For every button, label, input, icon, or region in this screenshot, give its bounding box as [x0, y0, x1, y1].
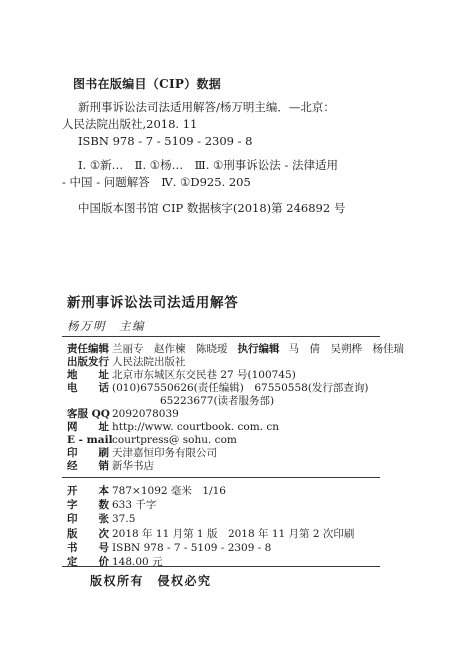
- editor-names: 兰丽专 赵作楝 陈晓瑷: [112, 343, 228, 355]
- divider-middle: [62, 477, 380, 478]
- cip-heading: 图书在版编目（CIP）数据: [62, 76, 398, 93]
- cip-class-line2: - 中国 - 问题解答 Ⅳ. ①D925. 205: [62, 174, 398, 191]
- cip-entry-line1: 新刑事诉讼法司法适用解答/杨万明主编．—北京：: [62, 99, 398, 116]
- book-title: 新刑事诉讼法司法适用解答: [67, 291, 239, 311]
- row-label: 开 本: [67, 484, 112, 498]
- row-value: http://www. courtbook. com. cn: [112, 421, 279, 434]
- copyright-page: 图书在版编目（CIP）数据 新刑事诉讼法司法适用解答/杨万明主编．—北京： 人民…: [0, 0, 454, 652]
- row-value: 148.00 元: [112, 555, 163, 569]
- editors-value: 兰丽专 赵作楝 陈晓瑷执行编辑马 倩 吴朔桦 杨佳瑞: [112, 343, 404, 356]
- row-value: 北京市东城区东交民巷 27 号(100745): [112, 369, 296, 382]
- row-value: 天津嘉恒印务有限公司: [112, 447, 217, 460]
- row-value: 2018 年 11 月第 1 版 2018 年 11 月第 2 次印刷: [112, 527, 354, 541]
- row-value: 人民法院出版社: [112, 356, 186, 369]
- table-row-printer: 印 刷 天津嘉恒印务有限公司: [67, 447, 397, 460]
- table-row-distributor: 经 销 新华书店: [67, 460, 397, 473]
- table-row-address: 地 址 北京市东城区东交民巷 27 号(100745): [67, 369, 397, 382]
- label-executive-editor: 执行编辑: [238, 343, 280, 355]
- row-label: 电 话: [67, 382, 112, 395]
- row-value: 新华书店: [112, 460, 154, 473]
- executive-editor-names: 马 倩 吴朔桦 杨佳瑞: [289, 343, 405, 355]
- table-row-email: E - mail courtpress@ sohu. com: [67, 434, 397, 447]
- print-spec-table: 开 本 787×1092 毫米 1/16 字 数 633 千字 印 张 37.5…: [67, 484, 397, 569]
- row-label: 字 数: [67, 498, 112, 512]
- cip-isbn-line: ISBN 978 - 7 - 5109 - 2309 - 8: [62, 133, 398, 150]
- row-label: 印 刷: [67, 447, 112, 460]
- divider-bottom: [62, 566, 380, 567]
- copyright-notice: 版权所有 侵权必究: [90, 572, 212, 589]
- table-row-publisher: 出版发行 人民法院出版社: [67, 356, 397, 369]
- row-label: 经 销: [67, 460, 112, 473]
- table-row-qq: 客服 QQ 2092078039: [67, 408, 397, 421]
- publication-info-table: 责任编辑 兰丽专 赵作楝 陈晓瑷执行编辑马 倩 吴朔桦 杨佳瑞 出版发行 人民法…: [67, 343, 397, 473]
- table-row-editors: 责任编辑 兰丽专 赵作楝 陈晓瑷执行编辑马 倩 吴朔桦 杨佳瑞: [67, 343, 397, 356]
- row-label: E - mail: [67, 434, 112, 447]
- table-row-price: 定 价 148.00 元: [67, 555, 397, 569]
- row-label: 书 号: [67, 541, 112, 555]
- book-byline: 杨万明 主编: [67, 318, 239, 334]
- row-label: 客服 QQ: [67, 408, 112, 421]
- table-row-edition: 版 次 2018 年 11 月第 1 版 2018 年 11 月第 2 次印刷: [67, 527, 397, 541]
- row-label: 版 次: [67, 527, 112, 541]
- table-row-phone-continued: 65223677(读者服务部): [160, 395, 397, 408]
- table-row-wordcount: 字 数 633 千字: [67, 498, 397, 512]
- cip-record-line: 中国版本图书馆 CIP 数据核字(2018)第 246892 号: [62, 200, 398, 217]
- row-value: (010)67550626(责任编辑) 67550558(发行部查询): [112, 382, 369, 395]
- row-value: ISBN 978 - 7 - 5109 - 2309 - 8: [112, 541, 271, 555]
- row-value: courtpress@ sohu. com: [112, 434, 237, 447]
- divider-top: [62, 336, 380, 337]
- table-row-website: 网 址 http://www. courtbook. com. cn: [67, 421, 397, 434]
- row-value: 633 千字: [112, 498, 156, 512]
- row-label: 定 价: [67, 555, 112, 569]
- row-label: 印 张: [67, 512, 112, 526]
- cip-entry-line2: 人民法院出版社,2018. 11: [62, 116, 398, 133]
- cip-block: 图书在版编目（CIP）数据 新刑事诉讼法司法适用解答/杨万明主编．—北京： 人民…: [62, 76, 398, 217]
- table-row-isbn: 书 号 ISBN 978 - 7 - 5109 - 2309 - 8: [67, 541, 397, 555]
- label-responsible-editor: 责任编辑: [67, 343, 112, 356]
- row-value: 37.5: [112, 512, 135, 526]
- row-label: 出版发行: [67, 356, 112, 369]
- row-label: 地 址: [67, 369, 112, 382]
- table-row-format: 开 本 787×1092 毫米 1/16: [67, 484, 397, 498]
- table-row-phone: 电 话 (010)67550626(责任编辑) 67550558(发行部查询): [67, 382, 397, 395]
- cip-class-line1: Ⅰ. ①新… Ⅱ. ①杨… Ⅲ. ①刑事诉讼法 - 法律适用: [62, 157, 398, 174]
- row-value: 2092078039: [112, 408, 179, 421]
- row-value: 787×1092 毫米 1/16: [112, 484, 226, 498]
- title-block: 新刑事诉讼法司法适用解答 杨万明 主编: [67, 291, 239, 334]
- table-row-sheets: 印 张 37.5: [67, 512, 397, 526]
- row-label: 网 址: [67, 421, 112, 434]
